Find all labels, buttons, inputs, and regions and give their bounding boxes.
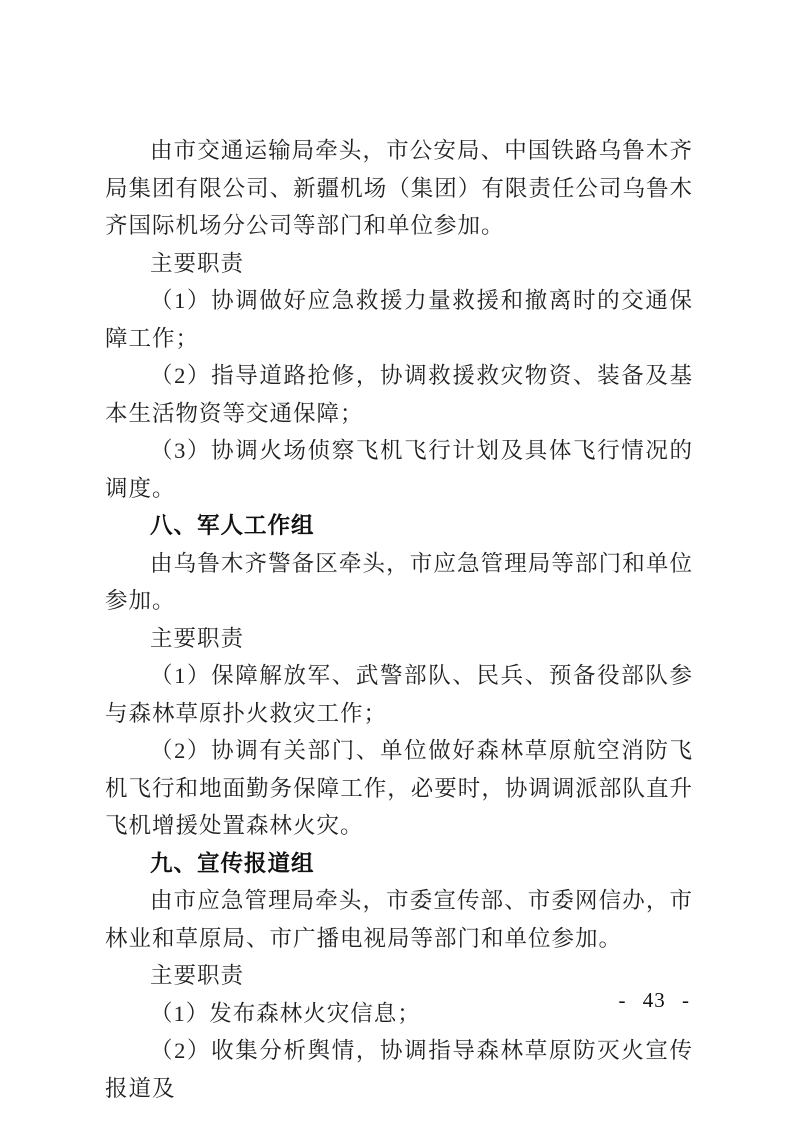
section-heading: 九、宣传报道组 xyxy=(105,845,693,883)
document-page: 由市交通运输局牵头，市公安局、中国铁路乌鲁木齐局集团有限公司、新疆机场（集团）有… xyxy=(0,0,793,1122)
paragraph: （1）发布森林火灾信息； xyxy=(105,995,693,1033)
paragraph: 由乌鲁木齐警备区牵头，市应急管理局等部门和单位参加。 xyxy=(105,545,693,620)
document-body: 由市交通运输局牵头，市公安局、中国铁路乌鲁木齐局集团有限公司、新疆机场（集团）有… xyxy=(105,132,693,1107)
paragraph: 主要职责 xyxy=(105,957,693,995)
paragraph: 主要职责 xyxy=(105,620,693,658)
section-heading: 八、军人工作组 xyxy=(105,507,693,545)
paragraph: （2）指导道路抢修，协调救援救灾物资、装备及基本生活物资等交通保障； xyxy=(105,357,693,432)
paragraph: （3）协调火场侦察飞机飞行计划及具体飞行情况的调度。 xyxy=(105,432,693,507)
paragraph: 由市应急管理局牵头，市委宣传部、市委网信办，市林业和草原局、市广播电视局等部门和… xyxy=(105,882,693,957)
paragraph: 主要职责 xyxy=(105,245,693,283)
paragraph: （2）协调有关部门、单位做好森林草原航空消防飞机飞行和地面勤务保障工作，必要时，… xyxy=(105,732,693,845)
paragraph: 由市交通运输局牵头，市公安局、中国铁路乌鲁木齐局集团有限公司、新疆机场（集团）有… xyxy=(105,132,693,245)
page-number: - 43 - xyxy=(619,988,691,1013)
paragraph: （2）收集分析舆情，协调指导森林草原防灭火宣传报道及 xyxy=(105,1032,693,1107)
paragraph: （1）协调做好应急救援力量救援和撤离时的交通保障工作； xyxy=(105,282,693,357)
paragraph: （1）保障解放军、武警部队、民兵、预备役部队参与森林草原扑火救灾工作； xyxy=(105,657,693,732)
